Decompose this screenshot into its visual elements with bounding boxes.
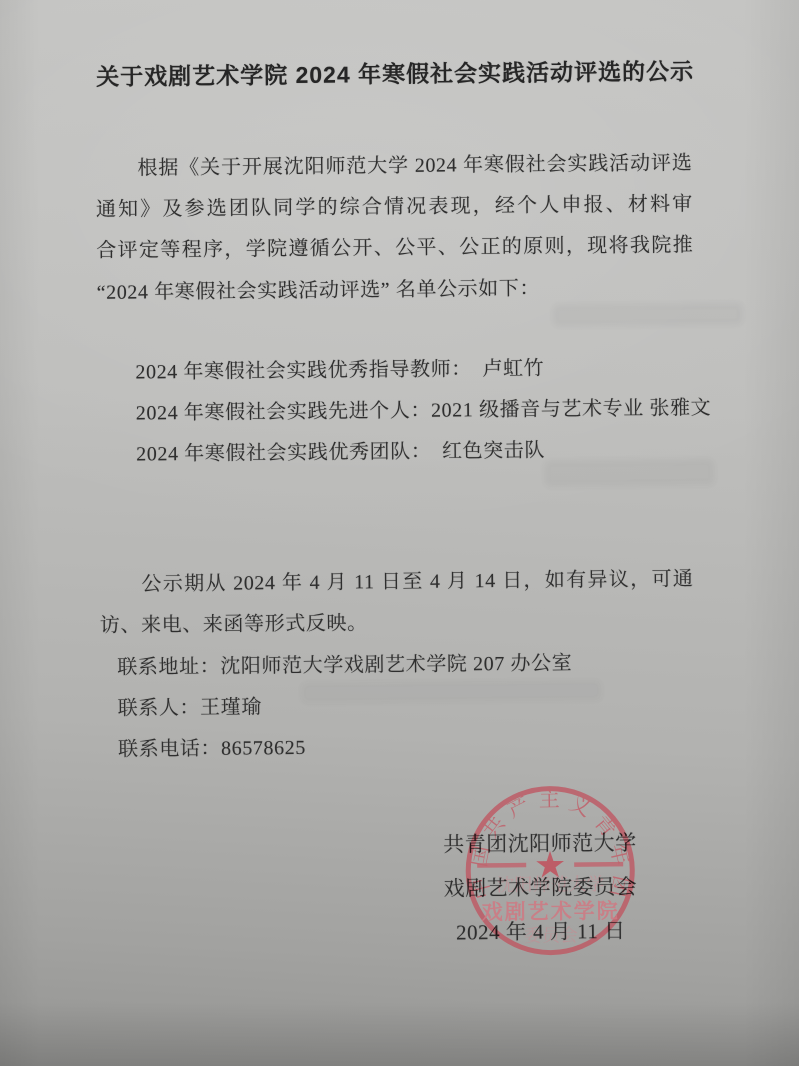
seal-left-bar [477, 863, 526, 868]
objection-line: 公示期从 2024 年 4 月 11 日至 4 月 14 日，如有异议，可通过来 [99, 559, 693, 606]
intro-line: 通知》及参选团队同学的综合情况表现，经个人申报、材料审核、综 [96, 184, 693, 231]
award-item-individual: 2024 年寒假社会实践先进个人：2021 级播音与艺术专业 张雅文 [136, 388, 736, 435]
seal-inner-university: 沈阳师范大学 [496, 874, 604, 895]
seal-inner-college: 戏剧艺术学院 [482, 899, 620, 924]
seal-right-bar [574, 862, 623, 867]
seal-inner-committee: 委员会 [524, 925, 578, 946]
objection-paragraph: 公示期从 2024 年 4 月 11 日至 4 月 14 日，如有异议，可通过来… [99, 559, 694, 647]
contact-person: 联系人：王瑾瑜 [117, 683, 717, 730]
contact-address: 联系地址：沈阳师范大学戏剧艺术学院 207 办公室 [117, 642, 717, 689]
document-photo: 关于戏剧艺术学院 2024 年寒假社会实践活动评选的公示 根据《关于开展沈阳师范… [0, 0, 799, 1066]
notice-page: 关于戏剧艺术学院 2024 年寒假社会实践活动评选的公示 根据《关于开展沈阳师范… [0, 0, 799, 1066]
award-item-advisor: 2024 年寒假社会实践优秀指导教师： 卢虹竹 [135, 347, 735, 394]
award-item-team: 2024 年寒假社会实践优秀团队： 红色突击队 [136, 429, 736, 476]
intro-line: “2024 年寒假社会实践活动评选” 名单公示如下： [96, 267, 693, 314]
intro-paragraph: 根据《关于开展沈阳师范大学 2024 年寒假社会实践活动评选的 通知》及参选团队… [95, 143, 694, 313]
awards-list: 2024 年寒假社会实践优秀指导教师： 卢虹竹 2024 年寒假社会实践先进个人… [135, 347, 736, 476]
intro-line: 根据《关于开展沈阳师范大学 2024 年寒假社会实践活动评选的 [95, 143, 692, 190]
contact-info: 联系地址：沈阳师范大学戏剧艺术学院 207 办公室 联系人：王瑾瑜 联系电话：8… [117, 642, 718, 771]
objection-line: 访、来电、来函等形式反映。 [100, 600, 694, 647]
page-title: 关于戏剧艺术学院 2024 年寒假社会实践活动评选的公示 [0, 52, 795, 93]
official-seal: 中国共产主义青年团 ★ 沈阳师范大学 戏剧艺术学院 委员会 [454, 775, 646, 967]
intro-line: 合评定等程序，学院遵循公开、公平、公正的原则，现将我院推选的 [96, 226, 693, 273]
contact-phone: 联系电话：86578625 [118, 724, 718, 771]
